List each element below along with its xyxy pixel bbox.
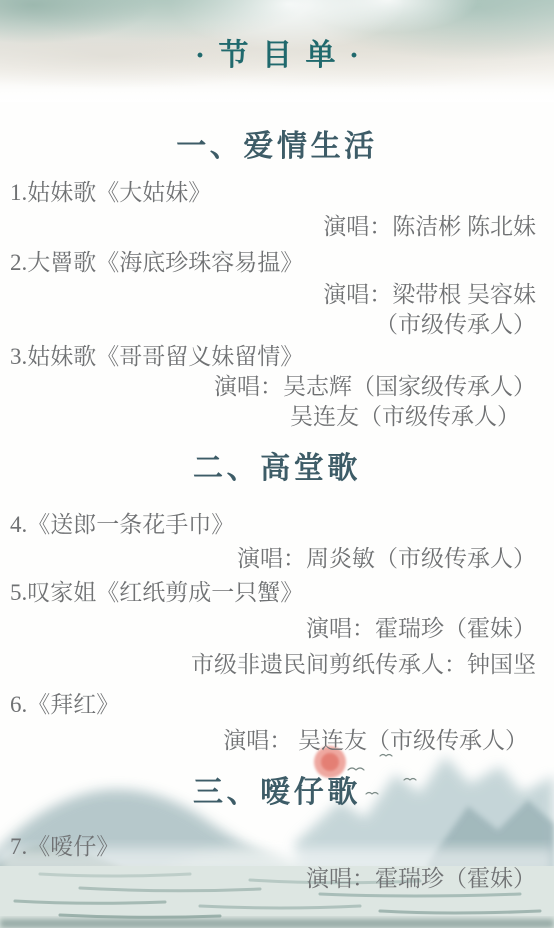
song-title: 4.《送郎一条花手巾》 [0,510,554,540]
performer-credit: 吴连友（市级传承人） [0,402,554,432]
song-title: 7.《嗳仔》 [0,832,554,862]
section-heading: 一、爱情生活 [0,128,554,166]
section-gaotang-song: 二、高堂歌 4.《送郎一条花手巾》 演唱：周炎敏（市级传承人） 5.叹家姐《红纸… [0,450,554,756]
performer-credit: 演唱：霍瑞珍（霍妹） [0,864,554,894]
program-poster: ·节目单· [0,0,554,928]
song-title: 3.姑妹歌《哥哥留义妹留情》 [0,342,554,372]
section-heading: 三、嗳仔歌 [0,774,554,812]
performer-credit: 演唱：梁带根 吴容妹 [0,280,554,310]
performer-credit: （市级传承人） [0,310,554,340]
section-aizai-song: 三、嗳仔歌 7.《嗳仔》 演唱：霍瑞珍（霍妹） [0,774,554,894]
performer-credit: 演唱：吴志辉（国家级传承人） [0,372,554,402]
performer-credit: 演唱：霍瑞珍（霍妹） [0,614,554,644]
performer-credit: 市级非遗民间剪纸传承人：钟国坚 [0,650,554,680]
performer-credit: 演唱： 吴连友（市级传承人） [0,726,554,756]
song-title: 2.大罾歌《海底珍珠容易揾》 [0,248,554,278]
song-title: 1.姑妹歌《大姑妹》 [0,178,554,208]
section-love-life: 一、爱情生活 1.姑妹歌《大姑妹》 演唱：陈洁彬 陈北妹 2.大罾歌《海底珍珠容… [0,128,554,432]
song-title: 5.叹家姐《红纸剪成一只蟹》 [0,578,554,608]
performer-credit: 演唱：陈洁彬 陈北妹 [0,212,554,242]
water-dark-edge [0,919,554,928]
program-list: 一、爱情生活 1.姑妹歌《大姑妹》 演唱：陈洁彬 陈北妹 2.大罾歌《海底珍珠容… [0,0,554,894]
performer-credit: 演唱：周炎敏（市级传承人） [0,544,554,574]
section-heading: 二、高堂歌 [0,450,554,488]
song-title: 6.《拜红》 [0,690,554,720]
